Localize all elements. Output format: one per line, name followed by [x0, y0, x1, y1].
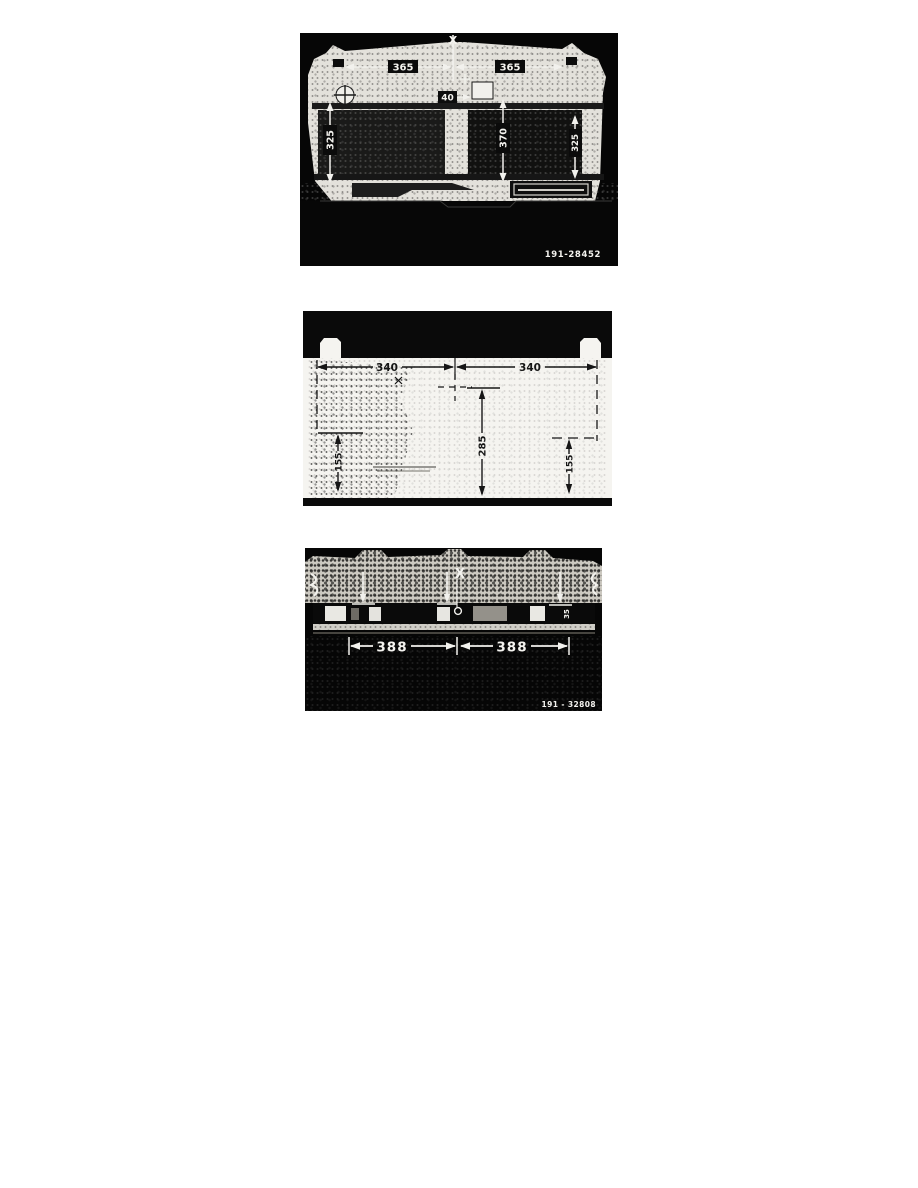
dim-label-offset-right: 35: [563, 609, 571, 619]
dim-label-width-left: 388: [376, 640, 407, 656]
dim-width-right: 340: [456, 362, 597, 374]
arrowhead-up-icon: [566, 439, 572, 449]
arrowhead-up-icon: [479, 389, 485, 399]
dim-label-depth-left: 155: [335, 453, 345, 472]
panel-edge-line: [313, 632, 595, 634]
arrowhead-down-icon: [566, 484, 572, 494]
dim-width-left: 365: [345, 60, 452, 74]
arrowhead-down-icon: [557, 594, 563, 603]
dim-label-height-center: 370: [499, 128, 510, 148]
dim-width-right: 388: [457, 637, 569, 656]
dim-depth-left: 155: [318, 433, 363, 492]
dim-label-depth-center: 285: [478, 436, 489, 457]
slot-opening: [530, 606, 545, 621]
dim-label-width-right: 365: [500, 63, 521, 74]
corner-marker-right: [566, 57, 577, 65]
slot-opening: [437, 607, 450, 621]
arrowhead-left-icon: [460, 642, 470, 649]
arrowhead-left-icon: [345, 64, 354, 71]
arrowhead-left-icon: [455, 64, 464, 71]
datum-x-label: X: [455, 567, 465, 582]
arrowhead-left-icon: [456, 364, 466, 371]
gauge-square: [472, 82, 493, 99]
arrowhead-right-icon: [443, 64, 452, 71]
figure-lower-panel-dimensions: X 35 388: [305, 548, 602, 711]
arrowhead-down-icon: [335, 482, 341, 492]
dim-height-right: 325: [569, 115, 582, 179]
figure-panel-opening-dimensions: 340 340 285: [303, 311, 612, 506]
figure-body-panel-dimensions: X 365 365 40: [300, 33, 618, 266]
arrowhead-up-icon: [572, 115, 579, 124]
arrowhead-right-icon: [587, 364, 597, 371]
arrowhead-up-icon: [335, 434, 341, 444]
dim-label-height-right: 325: [571, 134, 581, 152]
arrowhead-right-icon: [554, 64, 563, 71]
datum-crosshair: [438, 358, 472, 401]
arrowhead-down-icon: [360, 594, 366, 603]
dim-width-left: 388: [349, 637, 456, 656]
sill-shadow: [352, 183, 474, 197]
dim-height-center: 370: [496, 99, 510, 182]
pointer-arrow-left: [352, 572, 375, 604]
arrowhead-right-icon: [463, 94, 471, 100]
figure-ref-code: 191-28452: [545, 250, 601, 260]
pointer-arrow-right: [549, 572, 572, 605]
arrowhead-right-icon: [444, 364, 454, 371]
dim-label-width-left: 365: [393, 63, 414, 74]
panel-seam: [312, 103, 604, 109]
slot-opening: [351, 608, 359, 620]
edge-mark-right: [592, 573, 597, 595]
slot-opening: [369, 607, 381, 621]
arrowhead-left-icon: [317, 364, 327, 371]
arrowhead-right-icon: [446, 642, 456, 649]
dim-label-width-left: 340: [376, 362, 398, 374]
top-band-with-mount-bumps: [303, 311, 612, 358]
dim-label-height-left: 325: [326, 130, 337, 150]
slot-opening: [325, 606, 346, 621]
panel-seam-lower: [314, 174, 604, 180]
bottom-edge-band: [303, 498, 612, 506]
arrowhead-left-icon: [350, 642, 360, 649]
dim-label-depth-right: 155: [566, 455, 576, 474]
dim-center-offset: 40: [438, 91, 471, 104]
figure-ref-code: 191 - 32808: [542, 700, 596, 709]
dim-label-center-offset: 40: [441, 94, 454, 104]
dim-width-left: 340: [317, 362, 454, 374]
dim-height-left: 325: [323, 102, 337, 183]
dim-depth-right: 155: [552, 438, 600, 494]
gauge-point-left: [334, 85, 356, 105]
edge-mark-left: [311, 574, 317, 596]
dim-width-right: 365: [455, 60, 563, 74]
x-mark: [395, 377, 402, 384]
arrowhead-down-icon: [444, 594, 450, 603]
arrowhead-down-icon: [479, 486, 485, 496]
dim-depth-center: 285: [467, 388, 500, 496]
arrowhead-right-icon: [558, 642, 568, 649]
corner-marker-left: [333, 59, 344, 67]
slot-opening: [473, 606, 507, 621]
dim-label-width-right: 388: [496, 640, 527, 656]
dim-label-width-right: 340: [519, 362, 541, 374]
datum-x-label: X: [449, 34, 458, 47]
